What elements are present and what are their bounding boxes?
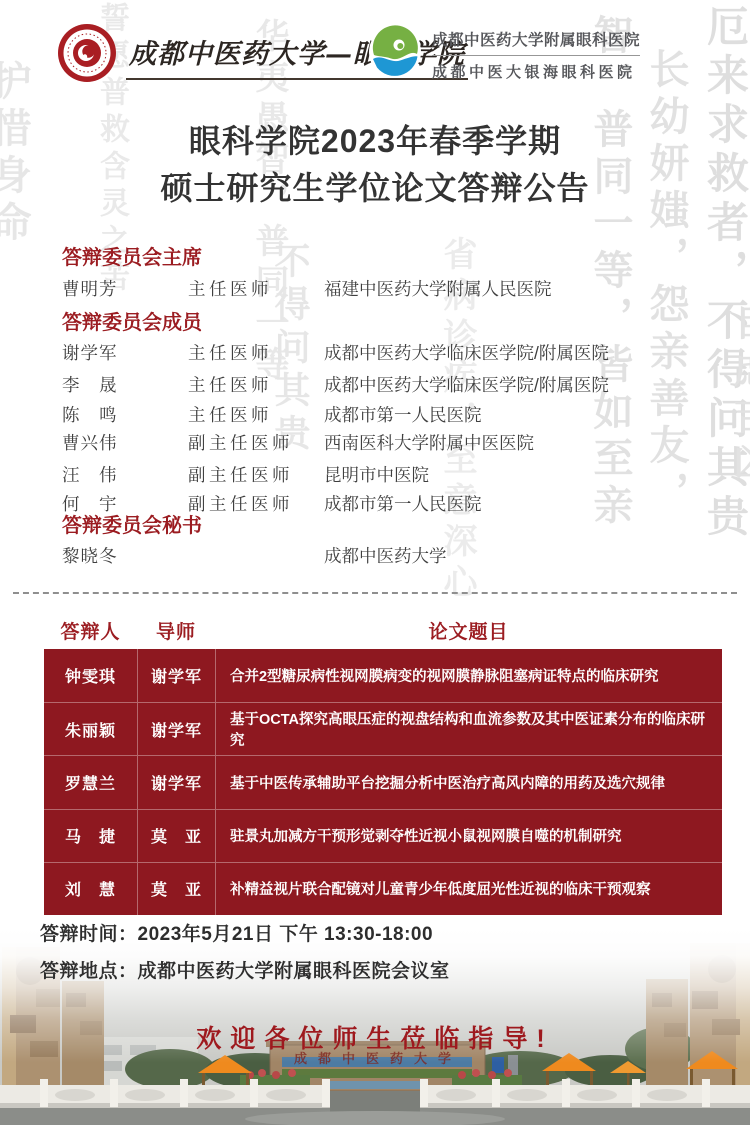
table-row: 罗慧兰 谢学军 基于中医传承辅助平台挖掘分析中医治疗高风内障的用药及选穴规律 (44, 755, 722, 808)
member-org: 成都中医药大学 (324, 543, 447, 568)
member-name: 谢学军 (62, 340, 118, 365)
col-header-candidate: 答辩人 (44, 617, 137, 644)
defense-time-label: 答辩时间： (40, 924, 138, 945)
defense-table: 钟雯琪 谢学军 合并2型糖尿病性视网膜病变的视网膜静脉阻塞病证特点的临床研究 朱… (44, 649, 722, 915)
page-title-line1: 眼科学院2023年春季学期 (0, 118, 750, 165)
school-seal-icon (56, 22, 118, 89)
thesis-title: 基于OCTA探究高眼压症的视盘结构和血流参数及其中医证素分布的临床研究 (215, 703, 722, 755)
watermark-calligraphy-column: 不得问其贵 (272, 242, 308, 457)
member-title: 副主任医师 (188, 491, 293, 516)
thesis-title: 合并2型糖尿病性视网膜病变的视网膜静脉阻塞病证特点的临床研究 (215, 649, 722, 702)
defense-venue-line: 答辩地点：成都中医药大学附属眼科医院会议室 (40, 956, 450, 983)
defense-announcement-poster: 厄来求救者，不得问其贵 长幼妍媸，怨亲善友， 智，普同一等，皆如至亲 自虑吉凶 … (0, 0, 750, 1125)
candidate-name: 朱丽颖 (44, 703, 137, 755)
thesis-title: 驻景丸加减方干预形觉剥夺性近视小鼠视网膜自噬的机制研究 (215, 810, 722, 862)
member-org: 福建中医药大学附属人民医院 (324, 276, 552, 301)
defense-venue-value: 成都中医药大学附属眼科医院会议室 (138, 961, 450, 982)
member-name: 李 晟 (62, 372, 118, 397)
member-name: 曹明芳 (62, 276, 118, 301)
member-name: 汪 伟 (62, 462, 118, 487)
dashed-divider (13, 592, 737, 594)
member-title: 主任医师 (188, 276, 272, 301)
table-row: 钟雯琪 谢学军 合并2型糖尿病性视网膜病变的视网膜静脉阻塞病证特点的临床研究 (44, 649, 722, 702)
candidate-name: 罗慧兰 (44, 756, 137, 808)
member-title: 主任医师 (188, 402, 272, 427)
advisor-name: 谢学军 (137, 649, 215, 702)
defense-time-value: 2023年5月21日 下午 13:30-18:00 (138, 924, 434, 945)
page-title: 眼科学院2023年春季学期 硕士研究生学位论文答辩公告 (0, 118, 750, 212)
defense-table-header: 答辩人 导师 论文题目 (44, 617, 722, 644)
col-header-advisor: 导师 (137, 617, 215, 644)
member-name: 黎晓冬 (62, 543, 118, 568)
member-org: 成都市第一人民医院 (324, 491, 482, 516)
member-org: 成都中医药大学临床医学院/附属医院 (324, 372, 609, 397)
member-title: 主任医师 (188, 372, 272, 397)
hospital-logo-icon (368, 25, 422, 84)
hospital-names: 成都中医药大学附属眼科医院 成都中医大银海眼科医院 (432, 28, 640, 82)
member-title: 主任医师 (188, 340, 272, 365)
watermark-calligraphy-column: 厄来求救者，不得问其贵 (704, 4, 746, 543)
table-row: 刘 慧 莫 亚 补精益视片联合配镜对儿童青少年低度屈光性近视的临床干预观察 (44, 862, 722, 915)
col-header-thesis: 论文题目 (215, 617, 722, 644)
table-row: 马 捷 莫 亚 驻景丸加减方干预形觉剥夺性近视小鼠视网膜自噬的机制研究 (44, 809, 722, 862)
member-org: 成都中医药大学临床医学院/附属医院 (324, 340, 609, 365)
table-row: 朱丽颖 谢学军 基于OCTA探究高眼压症的视盘结构和血流参数及其中医证素分布的临… (44, 702, 722, 755)
section-heading-chair: 答辩委员会主席 (62, 241, 202, 270)
hospital-logo-block: 成都中医药大学附属眼科医院 成都中医大银海眼科医院 (368, 25, 640, 84)
thesis-title: 基于中医传承辅助平台挖掘分析中医治疗高风内障的用药及选穴规律 (215, 756, 722, 808)
advisor-name: 莫 亚 (137, 863, 215, 915)
member-title: 副主任医师 (188, 430, 293, 455)
defense-time-line: 答辩时间：2023年5月21日 下午 13:30-18:00 (40, 919, 433, 946)
watermark-calligraphy-column: 智，普同一等，皆如至亲 (590, 14, 630, 531)
member-org: 昆明市中医院 (324, 462, 429, 487)
watermark-calligraphy-column: 自虑吉凶 (730, 300, 750, 488)
advisor-name: 谢学军 (137, 756, 215, 808)
hospital-name-line2: 成都中医大银海眼科医院 (432, 56, 640, 82)
thesis-title: 补精益视片联合配镜对儿童青少年低度屈光性近视的临床干预观察 (215, 863, 722, 915)
defense-venue-label: 答辩地点： (40, 961, 138, 982)
member-org: 成都市第一人民医院 (324, 402, 482, 427)
candidate-name: 刘 慧 (44, 863, 137, 915)
page-title-line2: 硕士研究生学位论文答辩公告 (0, 165, 750, 212)
candidate-name: 马 捷 (44, 810, 137, 862)
section-heading-members: 答辩委员会成员 (62, 306, 202, 335)
member-name: 陈 鸣 (62, 402, 118, 427)
member-title: 副主任医师 (188, 462, 293, 487)
section-heading-secretary: 答辩委员会秘书 (62, 509, 202, 538)
hospital-name-line1: 成都中医药大学附属眼科医院 (432, 28, 640, 56)
welcome-message: 欢迎各位师生莅临指导! (0, 1019, 750, 1055)
advisor-name: 莫 亚 (137, 810, 215, 862)
member-name: 曹兴伟 (62, 430, 118, 455)
advisor-name: 谢学军 (137, 703, 215, 755)
member-org: 西南医科大学附属中医医院 (324, 430, 534, 455)
candidate-name: 钟雯琪 (44, 649, 137, 702)
